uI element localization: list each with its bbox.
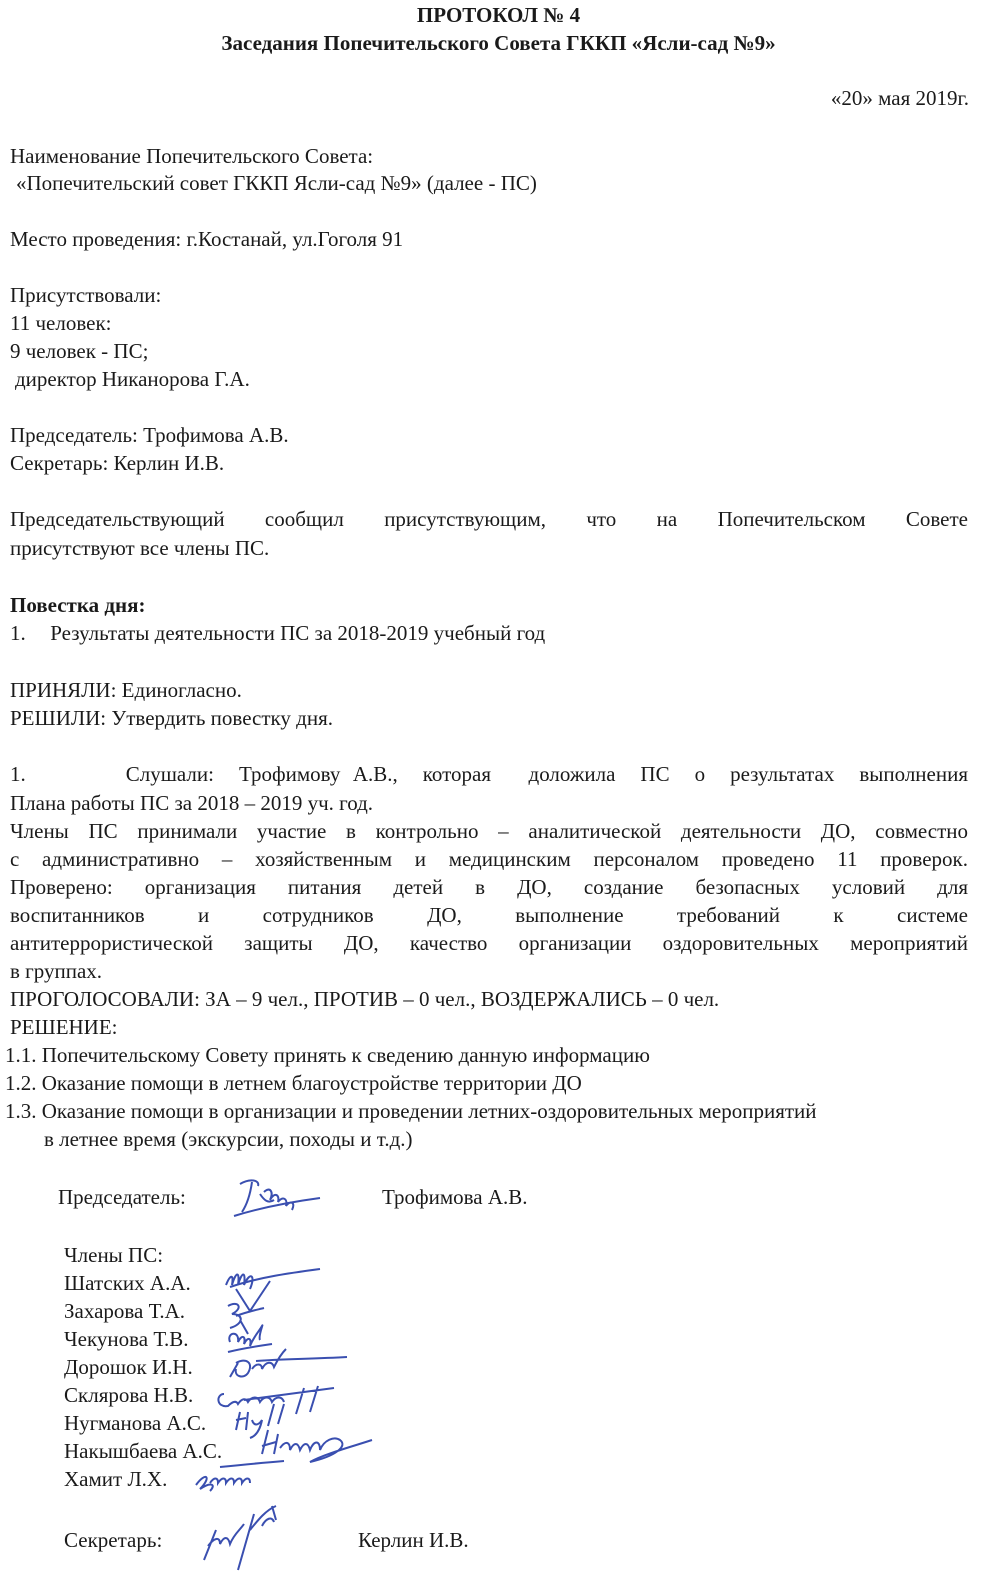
item1-line4: с административно – хозяйственным и меди… (10, 847, 968, 872)
decision-label: РЕШЕНИЕ: (10, 1015, 118, 1040)
decision-number: 1.3. (5, 1099, 37, 1123)
decision-item: 1.3. Оказание помощи в организации и про… (5, 1099, 817, 1124)
presiding-note-line2: присутствуют все члены ПС. (10, 536, 269, 561)
decision-text: Оказание помощи в летнем благоустройстве… (42, 1071, 582, 1095)
attendance-label: Присутствовали: (10, 283, 161, 308)
secretary-signature-icon (194, 1500, 294, 1580)
document-title: ПРОТОКОЛ № 4 (0, 3, 997, 28)
chair-signature-label: Председатель: (58, 1185, 186, 1210)
agenda-heading: Повестка дня: (10, 593, 145, 618)
decision-number: 1.1. (5, 1043, 37, 1067)
attendance-total: 11 человек: (10, 311, 111, 336)
council-name-value: «Попечительский совет ГККП Ясли-сад №9» … (16, 171, 537, 196)
document-subtitle: Заседания Попечительского Совета ГККП «Я… (0, 31, 997, 56)
council-name-label: Наименование Попечительского Совета: (10, 144, 373, 169)
attendance-director: директор Никанорова Г.А. (15, 367, 250, 392)
attendance-members: 9 человек - ПС; (10, 339, 148, 364)
member-name: Захарова Т.А. (64, 1299, 185, 1324)
agenda-item-number: 1. (10, 621, 26, 645)
chair-line: Председатель: Трофимова А.В. (10, 423, 289, 448)
secretary-signature-label: Секретарь: (64, 1528, 162, 1553)
agenda-accepted: ПРИНЯЛИ: Единогласно. (10, 678, 242, 703)
chair-signature-icon (230, 1172, 330, 1222)
secretary-signature-name: Керлин И.В. (358, 1528, 469, 1553)
member-name: Шатских А.А. (64, 1271, 191, 1296)
member-name: Чекунова Т.В. (64, 1327, 189, 1352)
item1-line3: Члены ПС принимали участие в контрольно … (10, 819, 968, 844)
item1-line5: Проверено: организация питания детей в Д… (10, 875, 968, 900)
item1-line6: воспитанников и сотрудников ДО, выполнен… (10, 903, 968, 928)
decision-text: Попечительскому Совету принять к сведени… (42, 1043, 650, 1067)
decision-item: 1.2. Оказание помощи в летнем благоустро… (5, 1071, 582, 1096)
agenda-item: 1. Результаты деятельности ПС за 2018-20… (10, 621, 545, 646)
member-name: Дорошок И.Н. (64, 1355, 193, 1380)
member-name: Хамит Л.Х. (64, 1467, 167, 1492)
decision-text-continued: в летнее время (экскурсии, походы и т.д.… (44, 1127, 413, 1152)
member-signature-icon (190, 1455, 290, 1495)
meeting-location: Место проведения: г.Костанай, ул.Гоголя … (10, 227, 403, 252)
agenda-decided: РЕШИЛИ: Утвердить повестку дня. (10, 706, 333, 731)
decision-text: Оказание помощи в организации и проведен… (42, 1099, 817, 1123)
item1-line7: антитеррористической защиты ДО, качество… (10, 931, 968, 956)
decision-number: 1.2. (5, 1071, 37, 1095)
item1-line1: 1. Слушали: Трофимову А.В., которая доло… (10, 762, 968, 787)
chair-signature-name: Трофимова А.В. (382, 1185, 528, 1210)
item1-vote: ПРОГОЛОСОВАЛИ: ЗА – 9 чел., ПРОТИВ – 0 ч… (10, 987, 719, 1012)
agenda-item-text: Результаты деятельности ПС за 2018-2019 … (50, 621, 545, 645)
item1-line8: в группах. (10, 959, 102, 984)
members-label: Члены ПС: (64, 1243, 163, 1268)
member-name: Склярова Н.В. (64, 1383, 193, 1408)
document-date: «20» мая 2019г. (831, 86, 969, 111)
item1-line2: Плана работы ПС за 2018 – 2019 уч. год. (10, 791, 373, 816)
secretary-line: Секретарь: Керлин И.В. (10, 451, 224, 476)
decision-item: 1.1. Попечительскому Совету принять к св… (5, 1043, 650, 1068)
member-name: Нугманова А.С. (64, 1411, 206, 1436)
presiding-note-line1: Председательствующий сообщил присутствую… (10, 507, 968, 532)
